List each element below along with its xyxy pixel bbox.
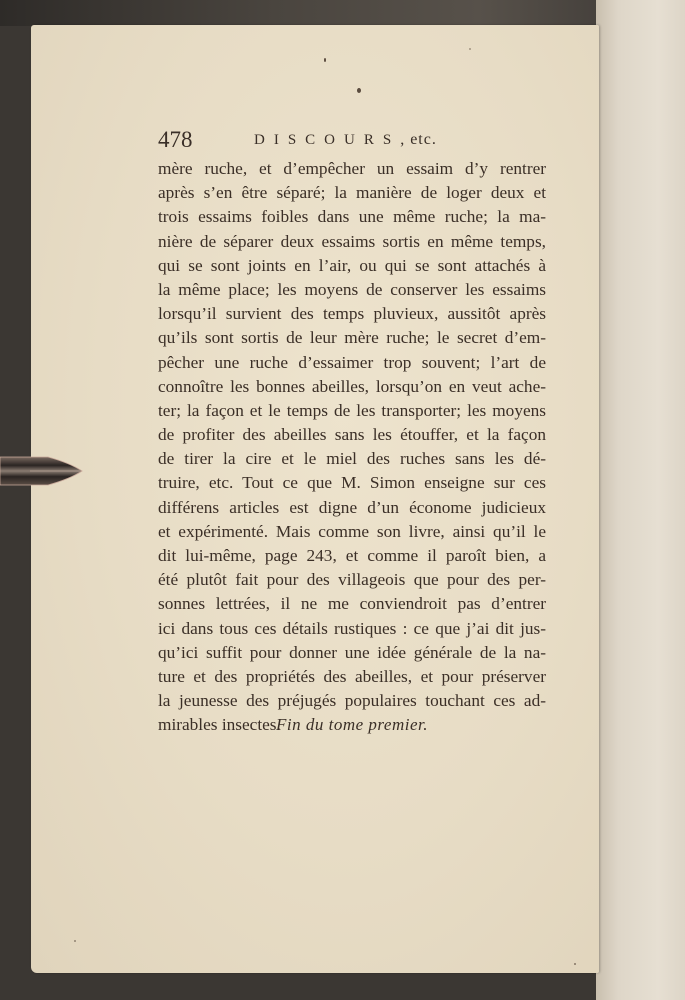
text-line: ter; la façon et le temps de les transpo… <box>158 399 546 423</box>
background-top <box>0 0 685 26</box>
adjacent-page-edge <box>596 0 685 1000</box>
text-line: la même place; les moyens de conserver l… <box>158 278 546 302</box>
page-header: 478 DISCOURS, etc. <box>158 127 558 157</box>
paper-speck <box>574 963 576 965</box>
text-line: différens articles est digne d’un économ… <box>158 496 546 520</box>
running-head-title: DISCOURS <box>254 132 400 148</box>
text-line: connoître les bonnes abeilles, lorsqu’on… <box>158 375 546 399</box>
bookmark-clip-icon <box>0 453 84 489</box>
closing-line: Fin du tome premier. <box>158 715 546 735</box>
body-text: mère ruche, et d’empêcher un essaim d’y … <box>158 157 546 738</box>
text-line: qu’ici suffit pour donner une idée génér… <box>158 641 546 665</box>
text-line: mère ruche, et d’empêcher un essaim d’y … <box>158 157 546 181</box>
paper-speck <box>74 940 76 942</box>
running-head: DISCOURS, etc. <box>254 131 437 149</box>
text-line: qu’ils sont sortis de leur mère ruche; l… <box>158 326 546 350</box>
running-head-suffix: , etc. <box>400 131 437 148</box>
text-line: de tirer la cire et le miel des ruches s… <box>158 447 546 471</box>
text-line: ici dans tous ces détails rustiques : ce… <box>158 617 546 641</box>
paper-speck <box>469 48 471 50</box>
text-line: truire, etc. Tout ce que M. Simon enseig… <box>158 471 546 495</box>
page-number: 478 <box>158 127 193 153</box>
text-line: pêcher une ruche d’essaimer trop souvent… <box>158 351 546 375</box>
text-line: qui se sont joints en l’air, ou qui se s… <box>158 254 546 278</box>
text-line: la jeunesse des préjugés populaires touc… <box>158 689 546 713</box>
text-line: et expérimenté. Mais comme son livre, ai… <box>158 520 546 544</box>
text-line: nière de séparer deux essaims sortis en … <box>158 230 546 254</box>
paper-speck <box>357 88 361 93</box>
text-line: dit lui-même, page 243, et comme il paro… <box>158 544 546 568</box>
paper-speck <box>324 58 326 62</box>
text-line: été plutôt fait pour des villageois que … <box>158 568 546 592</box>
text-line: ture et des propriétés des abeilles, et … <box>158 665 546 689</box>
text-line: après s’en être séparé; la manière de lo… <box>158 181 546 205</box>
text-line: lorsqu’il survient des temps pluvieux, a… <box>158 302 546 326</box>
text-line: de profiter des abeilles sans les étouff… <box>158 423 546 447</box>
text-line: trois essaims foibles dans une même ruch… <box>158 205 546 229</box>
text-line: sonnes lettrées, il ne me conviendroit p… <box>158 592 546 616</box>
